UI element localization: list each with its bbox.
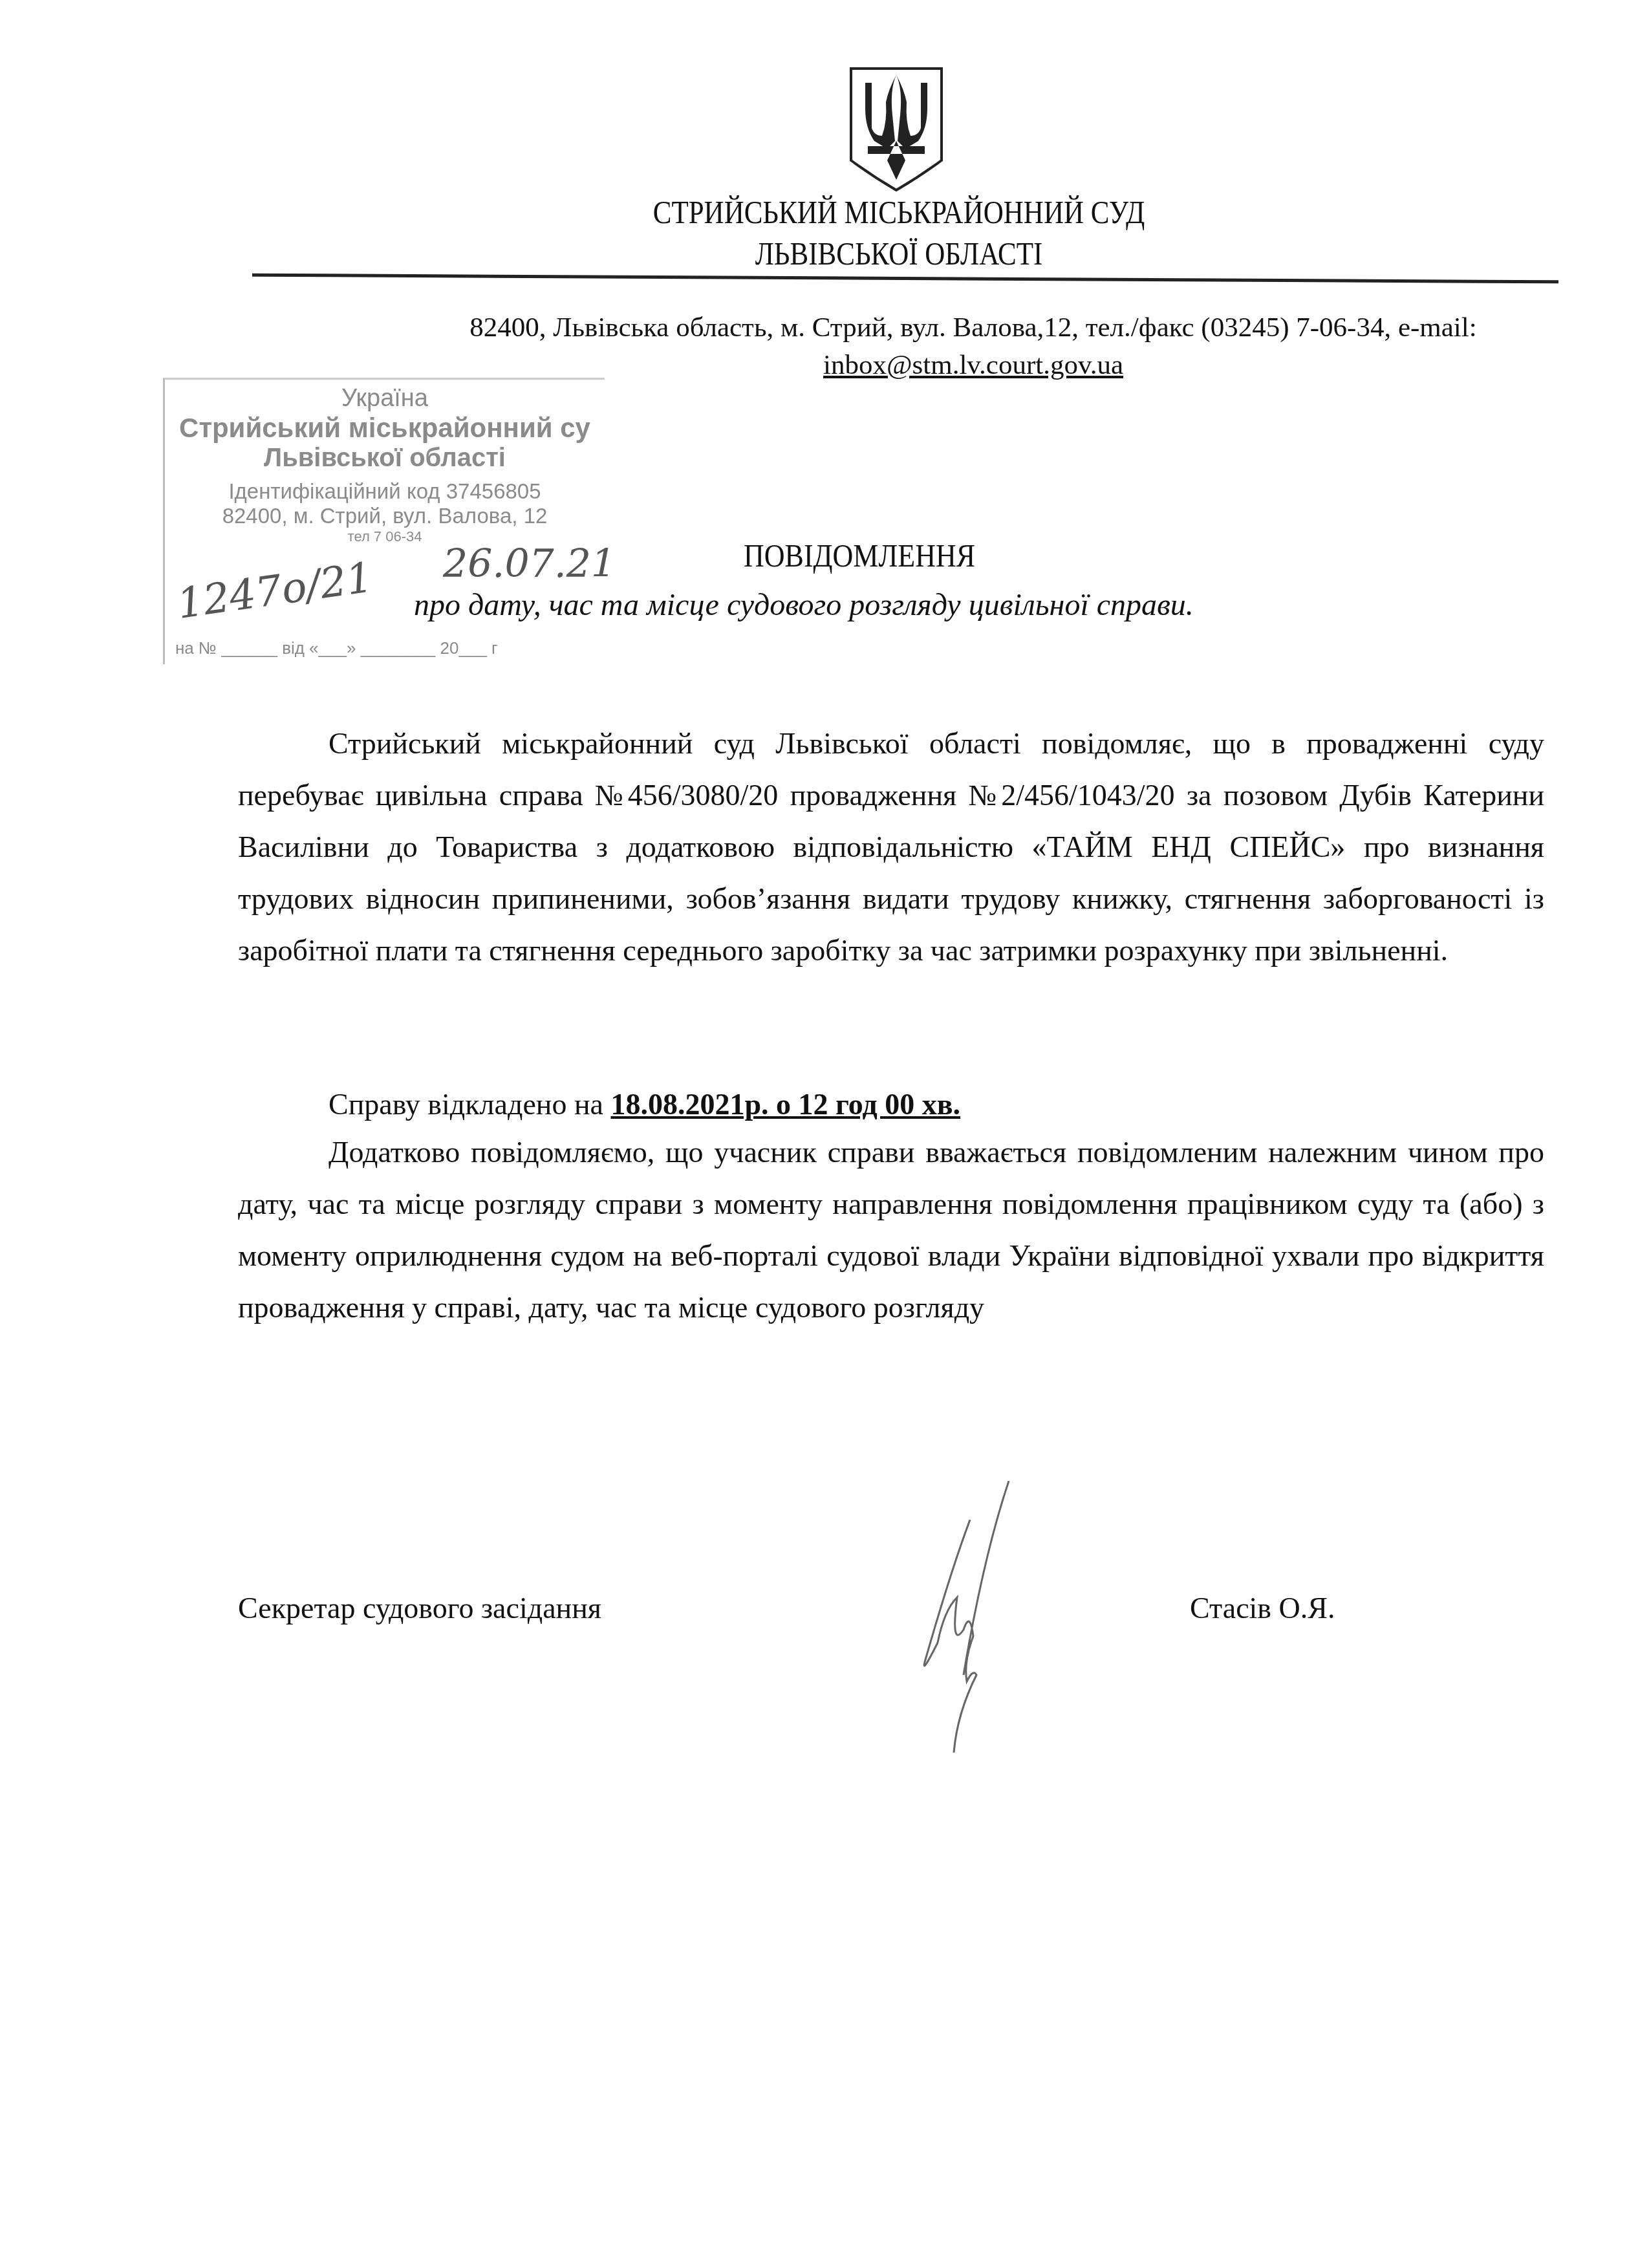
signer-name: Стасів О.Я. — [1190, 1591, 1335, 1625]
body-paragraph-3: Додатково повідомляємо, що учасник справ… — [238, 1127, 1544, 1334]
ukraine-trident-icon — [848, 63, 944, 193]
stamp-reference-line: на № ______ від «___» ________ 20___ г — [175, 638, 498, 658]
postponed-prefix: Справу відкладено на — [329, 1088, 610, 1121]
stamp-region: Львівської області — [165, 444, 605, 473]
address-text: 82400, Львівська область, м. Стрий, вул.… — [297, 309, 1649, 347]
court-name: СТРИЙСЬКИЙ МІСЬКРАЙОННИЙ СУД ЛЬВІВСЬКОЇ … — [126, 191, 1544, 274]
document-subtitle: про дату, час та місце судового розгляду… — [414, 587, 1194, 623]
stamp-address: 82400, м. Стрий, вул. Валова, 12 — [165, 504, 605, 528]
stamp-court: Стрийський міськрайонний су — [165, 413, 605, 444]
court-name-line2: ЛЬВІВСЬКОЇ ОБЛАСТІ — [253, 233, 1544, 274]
court-address: 82400, Львівська область, м. Стрий, вул.… — [0, 309, 1649, 384]
document-title: ПОВІДОМЛЕННЯ — [744, 537, 975, 574]
handwritten-number: 1247о/21 — [174, 554, 376, 629]
stamp-id-code: Ідентифікаційний код 37456805 — [165, 479, 605, 504]
header-divider — [252, 274, 1558, 284]
handwritten-signature — [905, 1481, 1035, 1753]
signer-position: Секретар судового засідання — [238, 1591, 601, 1625]
court-name-line1: СТРИЙСЬКИЙ МІСЬКРАЙОННИЙ СУД — [253, 191, 1544, 233]
body-paragraph-1: Стрийський міськрайонний суд Львівської … — [238, 718, 1544, 977]
handwritten-date: 26.07.21 — [443, 541, 616, 587]
hearing-datetime: 18.08.2021р. о 12 год 00 хв. — [610, 1088, 960, 1121]
stamp-country: Україна — [165, 385, 605, 413]
postponement-line: Справу відкладено на 18.08.2021р. о 12 г… — [238, 1079, 1544, 1130]
